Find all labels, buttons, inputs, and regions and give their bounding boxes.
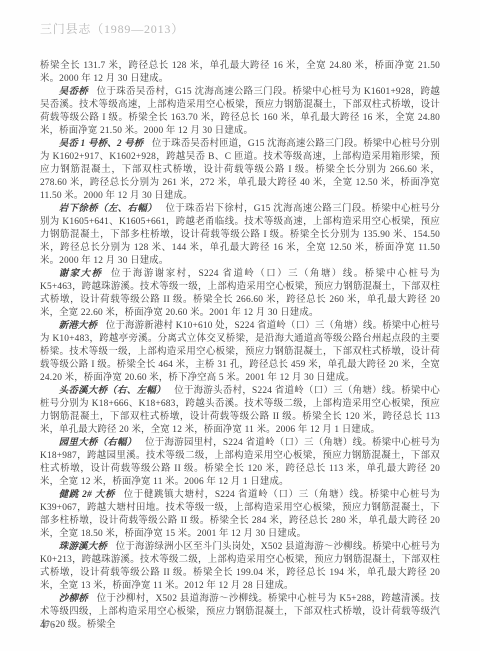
bridge-name: 珠游溪大桥 xyxy=(59,542,107,552)
bridge-description: 位于沙柳村，X502 县道海游～沙柳线。桥梁中心桩号为 K5+288，跨越清溪。… xyxy=(40,594,440,630)
bridge-name: 沙柳桥 xyxy=(59,594,88,604)
bridge-entry: 健跳 2# 大桥位于健跳镇大塘村，S224 省道岭（口）三（角塘）线。桥梁中心桩… xyxy=(40,489,440,541)
bridge-name: 头岙溪大桥（右、左幅） xyxy=(59,386,166,396)
gazetteer-page: 三门县志（1989—2013） 桥梁全长 131.7 米，跨径总长 128 米，… xyxy=(0,0,480,651)
bridge-name: 吴岙 1 号桥、2 号桥 xyxy=(59,139,144,149)
bridge-entry: 新港大桥位于海游新港村 K10+610 处，S224 省道岭（口）三（角塘）线。… xyxy=(40,320,440,385)
bridge-name: 谢家大桥 xyxy=(59,269,103,279)
bridge-entry: 谢家大桥位于海游谢家村，S224 省道岭（口）三（角塘）线。桥梁中心桩号为 K5… xyxy=(40,268,440,320)
bridge-entry: 珠游溪大桥位于海游绿洲小区至斗门头岗处，X502 县道海游～沙柳线。桥梁中心桩号… xyxy=(40,541,440,593)
continuation-paragraph: 桥梁全长 131.7 米，跨径总长 128 米，单孔最大跨径 16 米，全宽 2… xyxy=(40,60,440,86)
running-header: 三门县志（1989—2013） xyxy=(40,22,440,36)
page-number: 476 xyxy=(40,620,55,631)
bridge-entry: 头岙溪大桥（右、左幅）位于海游头岙村，S224 省道岭（口）三（角塘）线。桥梁中… xyxy=(40,385,440,437)
bridge-name: 吴岙桥 xyxy=(59,87,88,97)
bridge-entry: 吴岙 1 号桥、2 号桥位于珠岙吴岙村匝道，G15 沈海高速公路三门段。桥梁中心… xyxy=(40,138,440,203)
bridge-name: 新港大桥 xyxy=(59,321,98,331)
bridge-entry: 沙柳桥位于沙柳村，X502 县道海游～沙柳线。桥梁中心桩号为 K5+288，跨越… xyxy=(40,593,440,632)
bridge-entries: 吴岙桥位于珠岙吴岙村，G15 沈海高速公路三门段。桥梁中心桩号为 K1601+9… xyxy=(40,86,440,632)
bridge-name: 岩下徐桥（左、右幅） xyxy=(59,204,157,214)
bridge-description: 位于珠岙吴岙村，G15 沈海高速公路三门段。桥梁中心桩号为 K1601+928，… xyxy=(40,87,440,136)
page-body: 桥梁全长 131.7 米，跨径总长 128 米，单孔最大跨径 16 米，全宽 2… xyxy=(40,60,440,632)
bridge-name: 园里大桥（右幅） xyxy=(59,438,137,448)
bridge-description: 位于海游新港村 K10+610 处，S224 省道岭（口）三（角塘）线。桥梁中心… xyxy=(40,321,440,383)
bridge-entry: 园里大桥（右幅）位于海游园里村，S224 省道岭（口）三（角塘）线。桥梁中心桩号… xyxy=(40,437,440,489)
bridge-entry: 吴岙桥位于珠岙吴岙村，G15 沈海高速公路三门段。桥梁中心桩号为 K1601+9… xyxy=(40,86,440,138)
bridge-entry: 岩下徐桥（左、右幅）位于珠岙岩下徐村，G15 沈海高速公路三门段。桥梁中心桩号分… xyxy=(40,203,440,268)
bridge-name: 健跳 2# 大桥 xyxy=(59,490,115,500)
